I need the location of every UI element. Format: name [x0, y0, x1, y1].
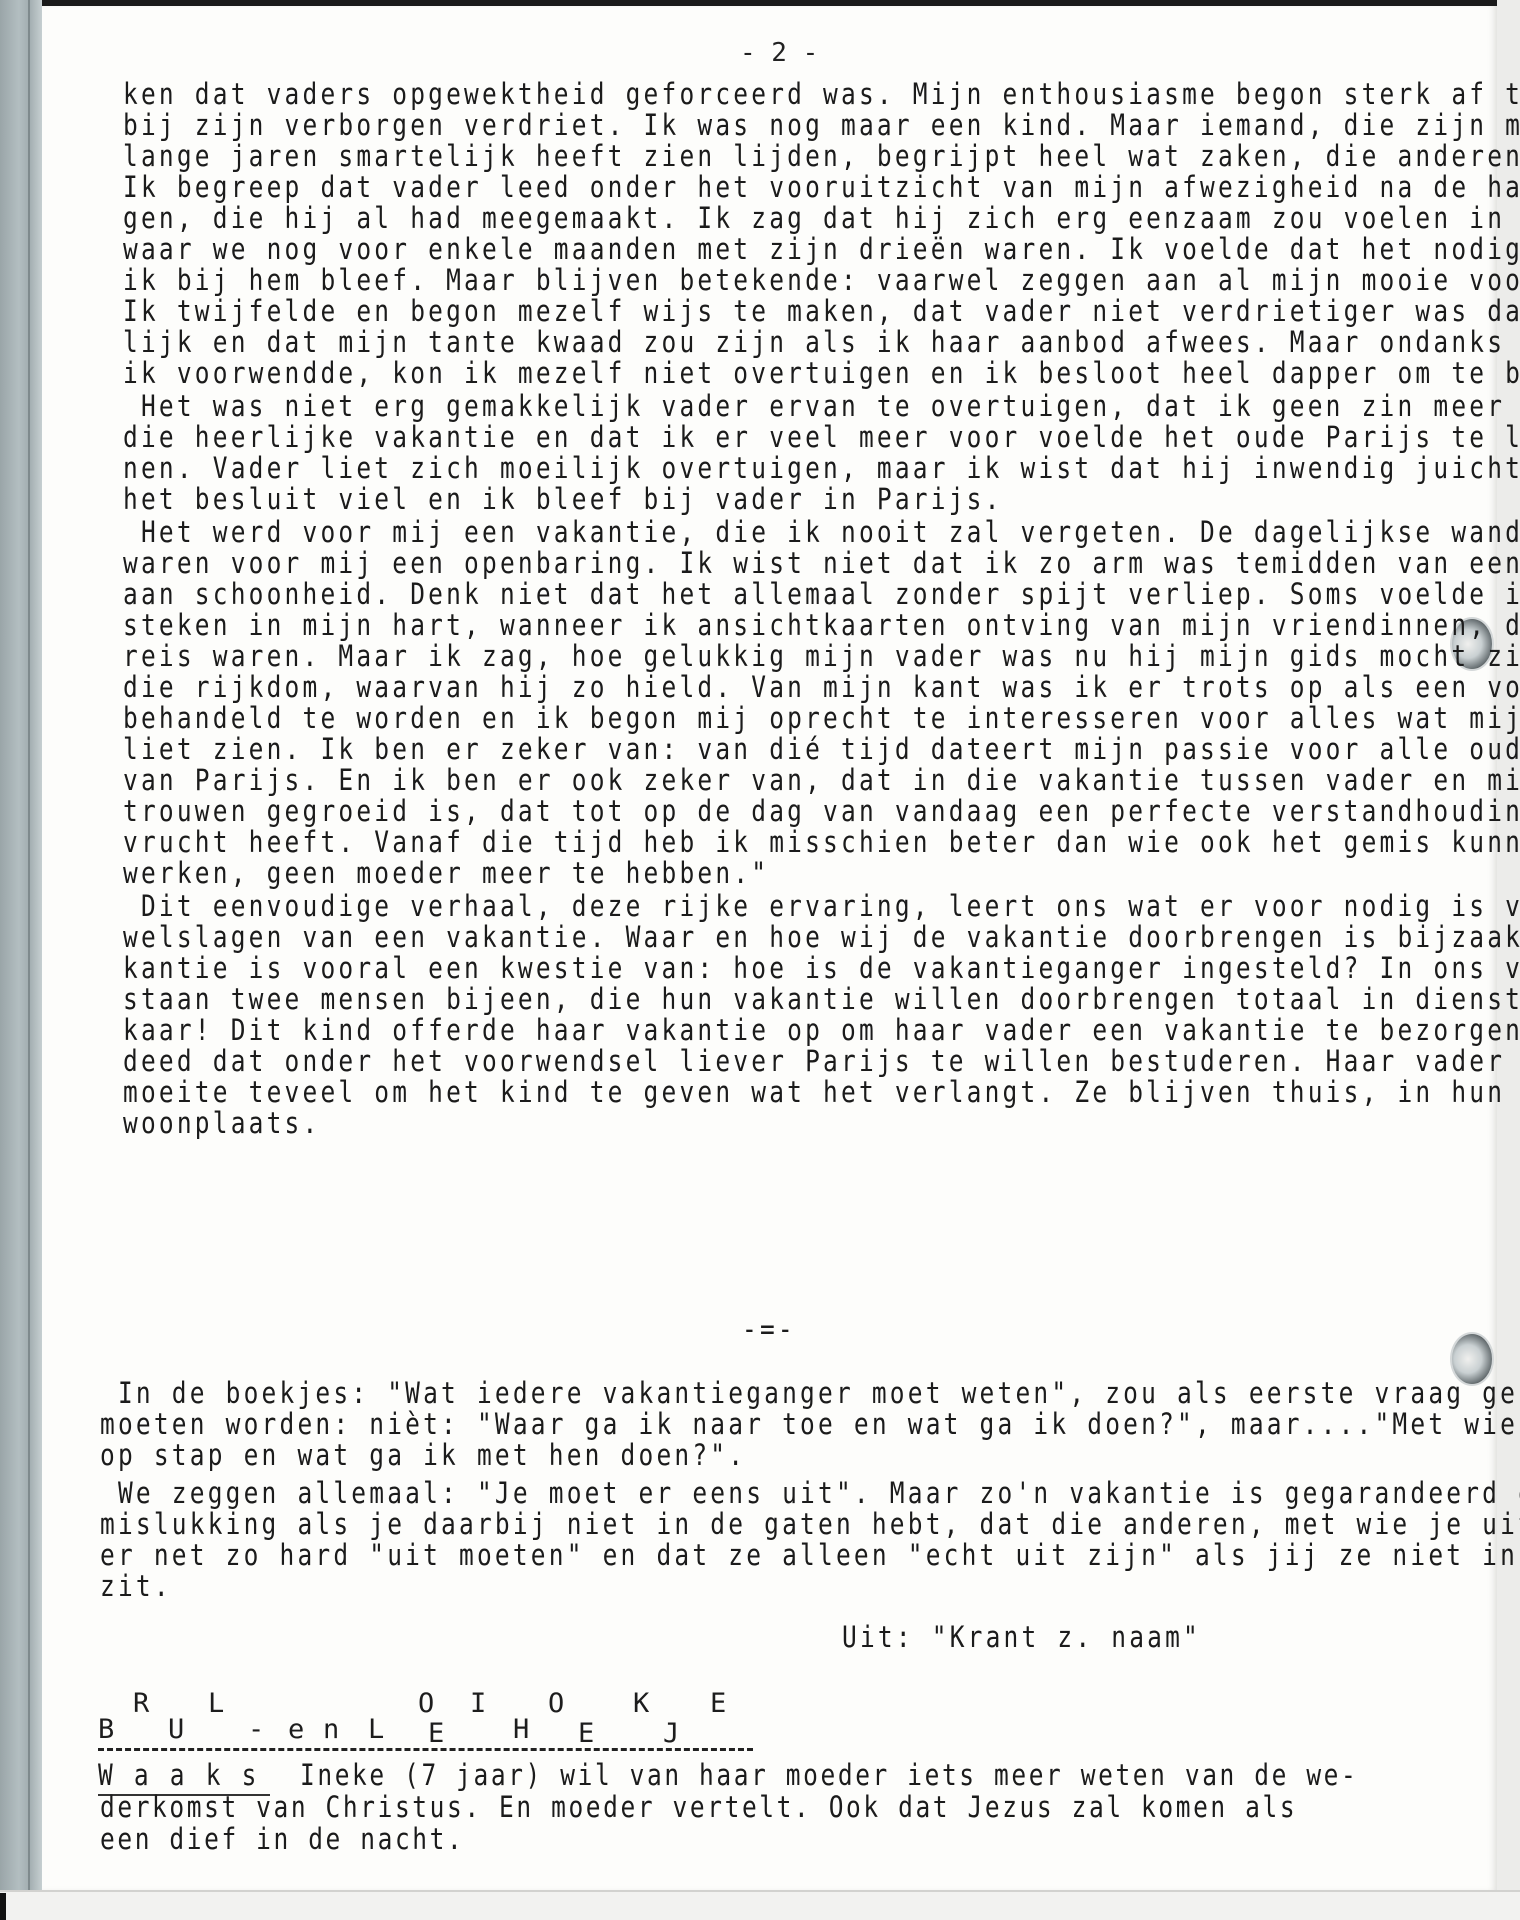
source-attribution: Uit: "Krant z. naam" — [842, 1620, 1201, 1655]
heading-underline — [98, 1748, 753, 1751]
section-heading: BRUL-enLOEIHOEKJE — [98, 1688, 758, 1758]
text-line: op stap en wat ga ik met hen doen?". — [100, 1438, 746, 1473]
scan-corner — [0, 1893, 6, 1920]
heading-letter: U — [168, 1714, 184, 1745]
text-line: een dief in de nacht. — [100, 1822, 464, 1857]
heading-letter: E — [710, 1688, 726, 1719]
heading-letter: K — [633, 1688, 649, 1719]
heading-letter: e — [288, 1714, 304, 1745]
heading-letter: O — [418, 1688, 434, 1719]
heading-letter: R — [133, 1688, 149, 1719]
text-line: zit. — [100, 1569, 172, 1604]
section-separator: -=- — [742, 1312, 796, 1347]
heading-letter: L — [208, 1688, 224, 1719]
text-line: het besluit viel en ik bleef bij vader i… — [123, 482, 1003, 517]
heading-letter: L — [368, 1714, 384, 1745]
text-line: Ineke (7 jaar) wil van haar moeder iets … — [300, 1758, 1358, 1793]
text-line: ik voorwendde, kon ik mezelf niet overtu… — [123, 356, 1520, 391]
text-line: moeite teveel om het kind te geven wat h… — [123, 1075, 1520, 1110]
text-line: werken, geen moeder meer te hebben." — [123, 856, 769, 891]
binder-edge — [0, 0, 42, 1890]
heading-letter: H — [513, 1714, 529, 1745]
text-line: er net zo hard "uit moeten" en dat ze al… — [100, 1538, 1520, 1573]
heading-letter: J — [663, 1718, 679, 1749]
heading-letter: - — [248, 1714, 264, 1745]
scan-bottom-edge — [0, 1890, 1520, 1920]
heading-letter: B — [98, 1714, 114, 1745]
text-line: woonplaats. — [123, 1106, 320, 1141]
heading-letter: E — [578, 1718, 594, 1749]
heading-letter: E — [428, 1718, 444, 1749]
heading-letter: I — [470, 1688, 486, 1719]
page-number: - 2 - — [740, 38, 818, 68]
waaks-label: W a a k s — [98, 1758, 260, 1793]
text-line: derkomst van Christus. En moeder vertelt… — [100, 1790, 1297, 1825]
heading-letter: O — [548, 1688, 564, 1719]
heading-letter: n — [323, 1714, 339, 1745]
